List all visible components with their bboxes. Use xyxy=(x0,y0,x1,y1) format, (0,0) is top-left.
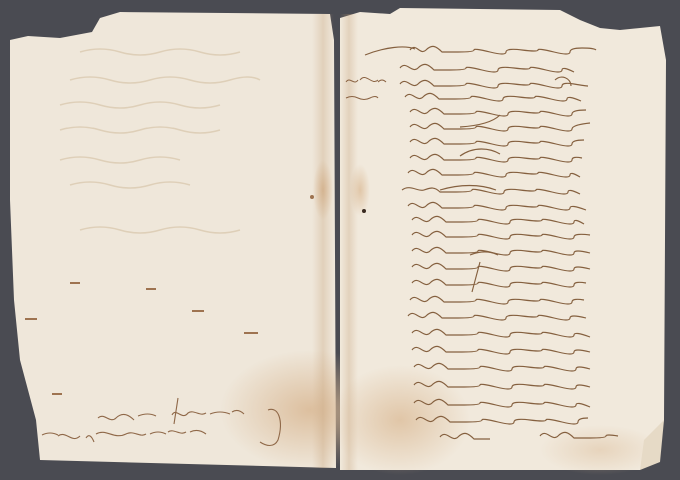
manuscript-photo xyxy=(0,0,680,480)
right-leaf xyxy=(330,8,666,475)
